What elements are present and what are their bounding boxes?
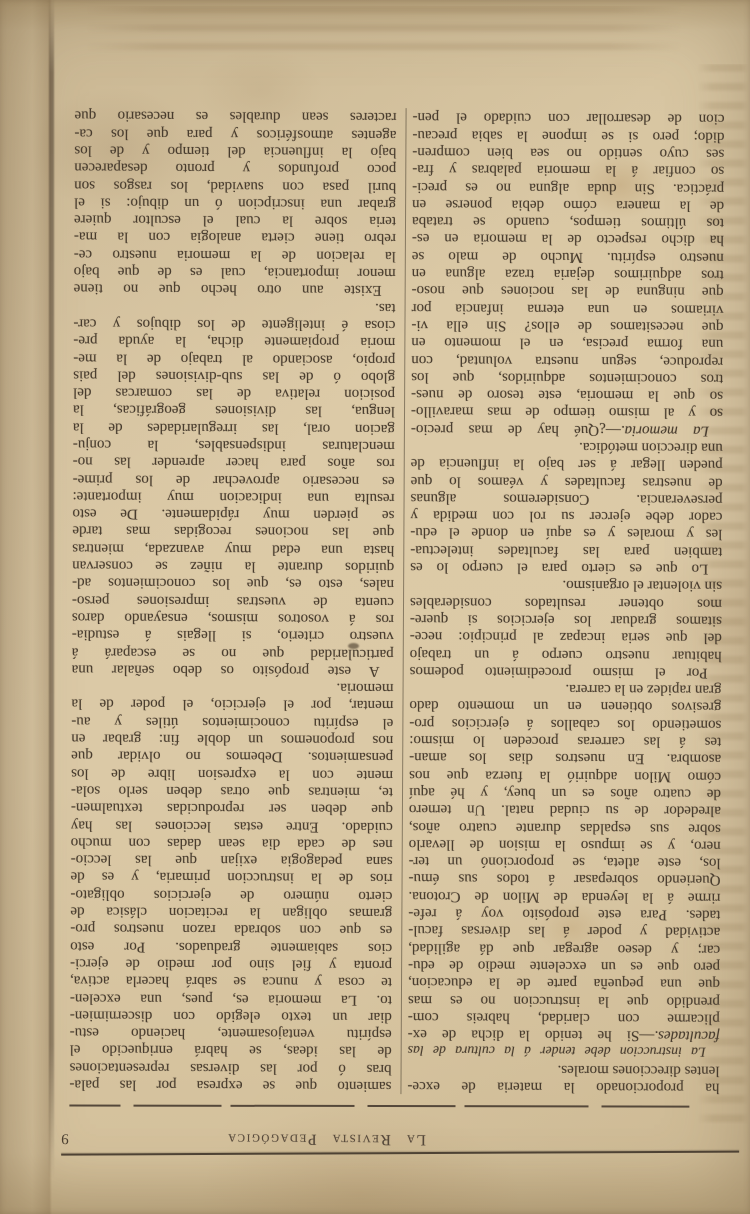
text-line: prendido que la instruccion no es mas bbox=[408, 990, 720, 1009]
text-line: cierto número de ejercicios obligato- bbox=[70, 885, 392, 904]
text-line: so confiar á la memoria palabras y fra- bbox=[412, 160, 724, 179]
header-rule bbox=[61, 1151, 739, 1156]
text-line: car; y deseo agregar que dá agilidad, bbox=[408, 939, 720, 958]
text-line: sometiendo los caballos á ejercicios pro… bbox=[409, 714, 721, 733]
text-line: de nuestras facultades y véamos lo que bbox=[411, 471, 723, 490]
text-line: menor importancia, cual es de que bajo bbox=[74, 262, 396, 281]
gutter-shadow bbox=[0, 0, 52, 1214]
text-line: nuestro espíritu. Mucho de malo se bbox=[412, 247, 724, 266]
text-line: nero, y se impuso la mision de llevarlo bbox=[409, 835, 721, 854]
text-line: so que la memoria, este tesoro de nues- bbox=[411, 385, 723, 404]
text-line: que deben ser reproducidas textualmen- bbox=[71, 798, 393, 817]
text-line: gacion oral, las irregularidades de la bbox=[73, 418, 395, 437]
text-line: bajo la influencia del tiempo y de los bbox=[74, 141, 396, 160]
text-line: to. La memoria es, pues, una excelen- bbox=[70, 989, 392, 1008]
text-line: lengua, las divisiones geográficas, la bbox=[73, 401, 395, 420]
text-line: habituar nuestro cuerpo á un trabajo bbox=[410, 644, 722, 663]
text-line: ciosa é inteligente de los dibujos y car… bbox=[73, 314, 395, 333]
journal-title: La Revista Pedagógica bbox=[226, 1129, 425, 1148]
text-line: es que con sobrada razon nuestros pro- bbox=[70, 919, 392, 938]
text-line: teria sobre la cual el escultor quiere bbox=[74, 210, 396, 229]
text-line: que una pequeña parte de la educacion, bbox=[408, 973, 720, 992]
text-line: pensamientos. Debemos no olvidar que bbox=[71, 746, 393, 765]
text-line: diar un texto elegido con discernimien- bbox=[70, 1006, 392, 1025]
text-line: que ninguna de las nociones que noso- bbox=[412, 281, 724, 300]
text-line: memoria. bbox=[72, 677, 394, 696]
text-line: la relacion de la memoria nuestro ce- bbox=[74, 245, 396, 264]
text-line: mente con la expresion libre de los bbox=[71, 764, 393, 783]
ink-blot bbox=[348, 643, 359, 649]
text-line: una forma precisa, en el momento en bbox=[411, 333, 723, 352]
text-line: gramas obligan la recitacion clásica de bbox=[70, 902, 392, 921]
text-line: ses cuyo sentido no sea bien compren- bbox=[412, 143, 724, 162]
text-line: grabar una inscripcion ó un dibujo: si e… bbox=[74, 193, 396, 212]
text-line: les y morales y es aquí en donde el edu- bbox=[410, 523, 722, 542]
text-line: sin violentar el organismo. bbox=[410, 575, 722, 594]
text-line: Por el mismo procedimiento podemos bbox=[410, 662, 722, 681]
text-line: nes de cada dia sean dadas con mucho bbox=[71, 833, 393, 852]
text-line: so y al mismo tiempo de mas maravillo- bbox=[411, 402, 723, 421]
page-content-rotated-180: La Revista Pedagógica 9 ha proporcionado… bbox=[0, 0, 750, 1214]
text-line: te, mientras que otras deben serlo sola- bbox=[71, 781, 393, 800]
text-line: tambien para las facultades intelectua- bbox=[410, 541, 722, 560]
text-line: mentar, por el ejercicio, el poder de la bbox=[71, 695, 393, 714]
text-line: alrededor de su ciudad natal. Un ternero bbox=[409, 800, 721, 819]
text-line: ros años para hacer aprender las no- bbox=[73, 452, 395, 471]
text-line: La instruccion debe tender á la cultura … bbox=[408, 1042, 720, 1061]
text-line: pueden llegar á ser bajo la influencia d… bbox=[411, 454, 723, 473]
text-line: posicion relativa de las comarcas del bbox=[73, 383, 395, 402]
text-line: gran rapidez en la carrera. bbox=[410, 679, 722, 698]
running-head: La Revista Pedagógica 9 bbox=[69, 1122, 719, 1149]
text-line: viriamos en una eterna infancia por bbox=[412, 299, 724, 318]
text-segment: —Si he tenido la dicha de ex- bbox=[408, 1026, 655, 1043]
scanned-page: La Revista Pedagógica 9 ha proporcionado… bbox=[0, 0, 750, 1214]
text-line: sitamos graduar los ejercicios si quere- bbox=[410, 610, 722, 629]
text-line: es necesario aprovechar de los prime- bbox=[73, 470, 395, 489]
text-line: tros conocimientos adquiridos, que los bbox=[411, 368, 723, 387]
text-segment: —¿Qué hay de mas precio- bbox=[411, 421, 621, 438]
page-edge-line bbox=[49, 0, 54, 1214]
text-line: pero que es un excelente medio de edu- bbox=[408, 956, 720, 975]
text-line: cios sabiamente graduados. Por esto bbox=[70, 937, 392, 956]
text-line: Existe aun otro hecho que no tiene bbox=[74, 279, 396, 298]
text-line: vuestro criterio, si llegais á estudia- bbox=[72, 625, 394, 644]
text-line: particularidad que no se escapará á bbox=[72, 643, 394, 662]
print-block: La Revista Pedagógica 9 ha proporcionado… bbox=[69, 0, 725, 1214]
text-line: samiento que se expresa por las pala- bbox=[69, 1075, 391, 1094]
text-line: Lo que es cierto para el cuerpo lo es bbox=[410, 558, 722, 577]
italic-text-segment: La memoria. bbox=[621, 422, 709, 438]
text-line: La memoria.—¿Qué hay de mas precio- bbox=[411, 420, 723, 439]
text-line: racteres sean durables es necesario que bbox=[75, 106, 397, 125]
text-line: agentes atmosféricos y para que los ca- bbox=[74, 124, 396, 143]
text-line: pronta y fiel sino por medio de ejerci- bbox=[70, 954, 392, 973]
text-line: reproduce, segun nuestra voluntad, con bbox=[411, 350, 723, 369]
text-line: propio, asociando al trabajo de la me- bbox=[73, 349, 395, 368]
text-line: moria propiamente dicha, la ayuda pre- bbox=[73, 331, 395, 350]
text-line: que las nociones recogidas mas tarde bbox=[72, 522, 394, 541]
text-line: ha dicho respecto de la memoria en es- bbox=[412, 229, 724, 248]
text-line: dido; pero si se impone la sabia precau- bbox=[412, 126, 724, 145]
text-line: nos proponemos un doble fin: grabar en bbox=[71, 729, 393, 748]
text-line: poco profundos y pronto desaparecen bbox=[74, 158, 396, 177]
text-line: tades. Para este propósito voy á refe- bbox=[408, 904, 720, 923]
text-line: los, este atleta, se proporcionó un ter- bbox=[409, 852, 721, 871]
text-line: perseverancia. Consideremos algunas bbox=[411, 489, 723, 508]
text-line: cuenta de vuestras impresiones perso- bbox=[72, 591, 394, 610]
text-line: A este propósito os debo señalar una bbox=[72, 660, 394, 679]
text-line: cion de desarrollar con cuidado el pen- bbox=[413, 108, 725, 127]
text-line: se pierden muy rápidamente. De esto bbox=[72, 504, 394, 523]
text-line: quiridos durante la niñez se conservan bbox=[72, 556, 394, 575]
text-line: de la manera cómo debia ponerse en bbox=[412, 195, 724, 214]
text-line: Queriendo sobrepasar á todos sus ému- bbox=[409, 869, 721, 888]
text-line: te cosa y nunca se sabrá hacerla activa, bbox=[70, 971, 392, 990]
text-line: rirme á la leyenda de Milon de Crotona. bbox=[408, 887, 720, 906]
text-line: gresivos obtienen en un momento dado bbox=[409, 696, 721, 715]
text-line: rios de la instruccion primaria, y es de bbox=[71, 868, 393, 887]
text-line: cuidado. Entre estas lecciones las hay bbox=[71, 816, 393, 835]
text-line: tos últimos tiempos, cuando se trataba bbox=[412, 212, 724, 231]
text-line: resulta una indicacion muy importante: bbox=[73, 487, 395, 506]
text-line: globo ó de las sub-divisiones del pais bbox=[73, 366, 395, 385]
text-line: cador debe ejercer su rol con medida y bbox=[410, 506, 722, 525]
text-line: nales, esto es, que los conocimientos ad… bbox=[72, 574, 394, 593]
italic-text-segment: facultades. bbox=[654, 1028, 719, 1044]
page-number: 9 bbox=[61, 1129, 69, 1146]
text-line: rebro tiene cierta analogia con la ma- bbox=[74, 228, 396, 247]
text-line: facultades.—Si he tenido la dicha de ex- bbox=[408, 1025, 720, 1044]
text-line: lentes direcciones morales. bbox=[408, 1060, 720, 1079]
text-line: mos obtener resultados considerables bbox=[410, 593, 722, 612]
text-line: del que seria incapaz al principio: nece… bbox=[410, 627, 722, 646]
text-line: buril pasa con suavidad, los rasgos son bbox=[74, 176, 396, 195]
text-line: cómo Milon adquirió la fuerza que nos bbox=[409, 766, 721, 785]
text-column-right: samiento que se expresa por las pala-bra… bbox=[69, 106, 406, 1094]
text-line: de cuatro años es un buey, y hé aquí bbox=[409, 783, 721, 802]
text-line: sana pedagogia exijan que las leccio- bbox=[71, 850, 393, 869]
text-line: que necesitamos de ellos? Sin ella vi- bbox=[411, 316, 723, 335]
text-line: actividad y poder á las diversas facul- bbox=[408, 921, 720, 940]
text-line: asombra. En nuestros dias los aman- bbox=[409, 748, 721, 767]
text-line: ros á vosotros mismos, ensayando daros bbox=[72, 608, 394, 627]
text-line: tros adquirimos dejaria traza alguna en bbox=[412, 264, 724, 283]
text-line: una direccion metódica. bbox=[411, 437, 723, 456]
text-line: de las ideas, se habrá enriquecido el bbox=[70, 1041, 392, 1060]
text-columns: ha proporcionado la materia de exce-lent… bbox=[69, 106, 724, 1095]
text-line: bras ó por las diversas representaciones bbox=[70, 1058, 392, 1077]
text-line: ha proporcionado la materia de exce- bbox=[407, 1077, 719, 1096]
text-line: plicarme con claridad, habreis com- bbox=[408, 1008, 720, 1027]
text-column-left: ha proporcionado la materia de exce-lent… bbox=[407, 108, 724, 1096]
header-underline-rule bbox=[69, 1105, 689, 1108]
text-line: hasta una edad muy avanzada, mientras bbox=[72, 539, 394, 558]
text-line: espíritu ventajosamente, haciendo estu- bbox=[70, 1023, 392, 1042]
text-line: tas. bbox=[74, 297, 396, 316]
text-line: práctica. Sin duda alguna no es preci- bbox=[412, 177, 724, 196]
text-line: tes á las carreras proceden lo mismo: bbox=[409, 731, 721, 750]
text-line: sobre sus espaldas durante cuatro años, bbox=[409, 817, 721, 836]
text-line: menclaturas indispensables, la conju- bbox=[73, 435, 395, 454]
text-line: el espíritu conocimientos útiles y au- bbox=[71, 712, 393, 731]
